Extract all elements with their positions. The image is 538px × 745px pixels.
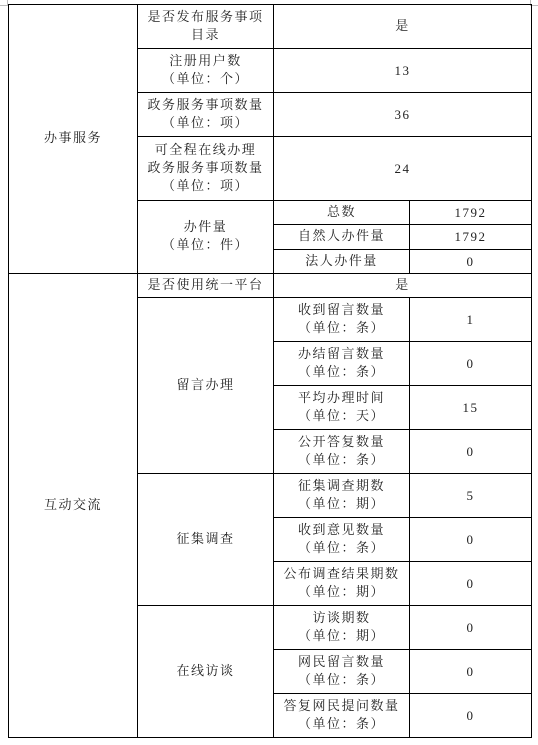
label-line: （单位：条） bbox=[276, 672, 407, 690]
label-line: 收到留言数量 bbox=[276, 302, 407, 320]
table-row: 互动交流 是否使用统一平台 是 bbox=[9, 274, 532, 298]
value-online-items: 24 bbox=[274, 137, 532, 201]
label-line: 征集调查期数 bbox=[276, 478, 407, 496]
row-label-service-catalog: 是否发布服务事项 目录 bbox=[138, 5, 274, 49]
label-line: （单位：条） bbox=[276, 320, 407, 338]
value-service-catalog: 是 bbox=[274, 5, 532, 49]
label-line: 公布调查结果期数 bbox=[276, 566, 407, 584]
label-line: 公开答复数量 bbox=[276, 434, 407, 452]
value-public-replies: 0 bbox=[410, 430, 532, 474]
label-line: 收到意见数量 bbox=[276, 522, 407, 540]
label-line: 办结留言数量 bbox=[276, 346, 407, 364]
label-line: 办件量 bbox=[140, 219, 271, 237]
label-line: （单位：条） bbox=[276, 452, 407, 470]
label-line: 政务服务事项数量 bbox=[140, 160, 271, 178]
label-line: （单位：期） bbox=[276, 584, 407, 602]
value-published-results: 0 bbox=[410, 562, 532, 606]
value-service-items: 36 bbox=[274, 93, 532, 137]
row-label-unified-platform: 是否使用统一平台 bbox=[138, 274, 274, 298]
row-label-online-items: 可全程在线办理 政务服务事项数量 （单位：项） bbox=[138, 137, 274, 201]
sub-label-natural-person: 自然人办件量 bbox=[274, 225, 410, 250]
label-line: （单位：条） bbox=[276, 364, 407, 382]
label-line: （单位：期） bbox=[276, 628, 407, 646]
label-line: 是否发布服务事项 bbox=[140, 9, 271, 27]
sub-label-received-messages: 收到留言数量 （单位：条） bbox=[274, 298, 410, 342]
sub-label-interview-periods: 访谈期数 （单位：期） bbox=[274, 606, 410, 650]
value-received-opinions: 0 bbox=[410, 518, 532, 562]
sub-label-received-opinions: 收到意见数量 （单位：条） bbox=[274, 518, 410, 562]
value-answered-questions: 0 bbox=[410, 694, 532, 738]
section-title-service: 办事服务 bbox=[9, 5, 138, 274]
label-line: 可全程在线办理 bbox=[140, 142, 271, 160]
row-label-service-items: 政务服务事项数量 （单位：项） bbox=[138, 93, 274, 137]
value-legal-person: 0 bbox=[410, 250, 532, 274]
sub-label-netizen-messages: 网民留言数量 （单位：条） bbox=[274, 650, 410, 694]
label-line: 答复网民提问数量 bbox=[276, 698, 407, 716]
value-natural-person: 1792 bbox=[410, 225, 532, 250]
sub-label-answered-questions: 答复网民提问数量 （单位：条） bbox=[274, 694, 410, 738]
value-survey-periods: 5 bbox=[410, 474, 532, 518]
sub-label-survey-periods: 征集调查期数 （单位：期） bbox=[274, 474, 410, 518]
label-line: （单位：条） bbox=[276, 716, 407, 734]
value-average-time: 15 bbox=[410, 386, 532, 430]
row-label-registered-users: 注册用户数 （单位：个） bbox=[138, 49, 274, 93]
group-title-messages: 留言办理 bbox=[138, 298, 274, 474]
sub-label-published-results: 公布调查结果期数 （单位：期） bbox=[274, 562, 410, 606]
label-line: （单位：条） bbox=[276, 540, 407, 558]
value-unified-platform: 是 bbox=[274, 274, 532, 298]
government-service-report-table: 办事服务 是否发布服务事项 目录 是 注册用户数 （单位：个） 13 政务服务事… bbox=[8, 4, 532, 738]
label-line: 平均办理时间 bbox=[276, 390, 407, 408]
value-netizen-messages: 0 bbox=[410, 650, 532, 694]
crop-mark-top-left bbox=[0, 0, 8, 6]
label-line: 注册用户数 bbox=[140, 53, 271, 71]
label-line: 访谈期数 bbox=[276, 610, 407, 628]
sub-label-average-time: 平均办理时间 （单位：天） bbox=[274, 386, 410, 430]
row-label-case-volume: 办件量 （单位：件） bbox=[138, 201, 274, 274]
sub-label-total: 总数 bbox=[274, 201, 410, 225]
value-closed-messages: 0 bbox=[410, 342, 532, 386]
label-line: （单位：天） bbox=[276, 408, 407, 426]
section-title-interaction: 互动交流 bbox=[9, 274, 138, 738]
value-total: 1792 bbox=[410, 201, 532, 225]
group-title-surveys: 征集调查 bbox=[138, 474, 274, 606]
label-line: 目录 bbox=[140, 27, 271, 45]
label-line: （单位：项） bbox=[140, 115, 271, 133]
label-line: （单位：项） bbox=[140, 178, 271, 196]
sub-label-closed-messages: 办结留言数量 （单位：条） bbox=[274, 342, 410, 386]
group-title-interviews: 在线访谈 bbox=[138, 606, 274, 738]
label-line: （单位：个） bbox=[140, 71, 271, 89]
sub-label-legal-person: 法人办件量 bbox=[274, 250, 410, 274]
value-received-messages: 1 bbox=[410, 298, 532, 342]
label-line: （单位：期） bbox=[276, 496, 407, 514]
label-line: （单位：件） bbox=[140, 237, 271, 255]
sub-label-public-replies: 公开答复数量 （单位：条） bbox=[274, 430, 410, 474]
label-line: 政务服务事项数量 bbox=[140, 97, 271, 115]
value-registered-users: 13 bbox=[274, 49, 532, 93]
table-row: 办事服务 是否发布服务事项 目录 是 bbox=[9, 5, 532, 49]
label-line: 网民留言数量 bbox=[276, 654, 407, 672]
value-interview-periods: 0 bbox=[410, 606, 532, 650]
